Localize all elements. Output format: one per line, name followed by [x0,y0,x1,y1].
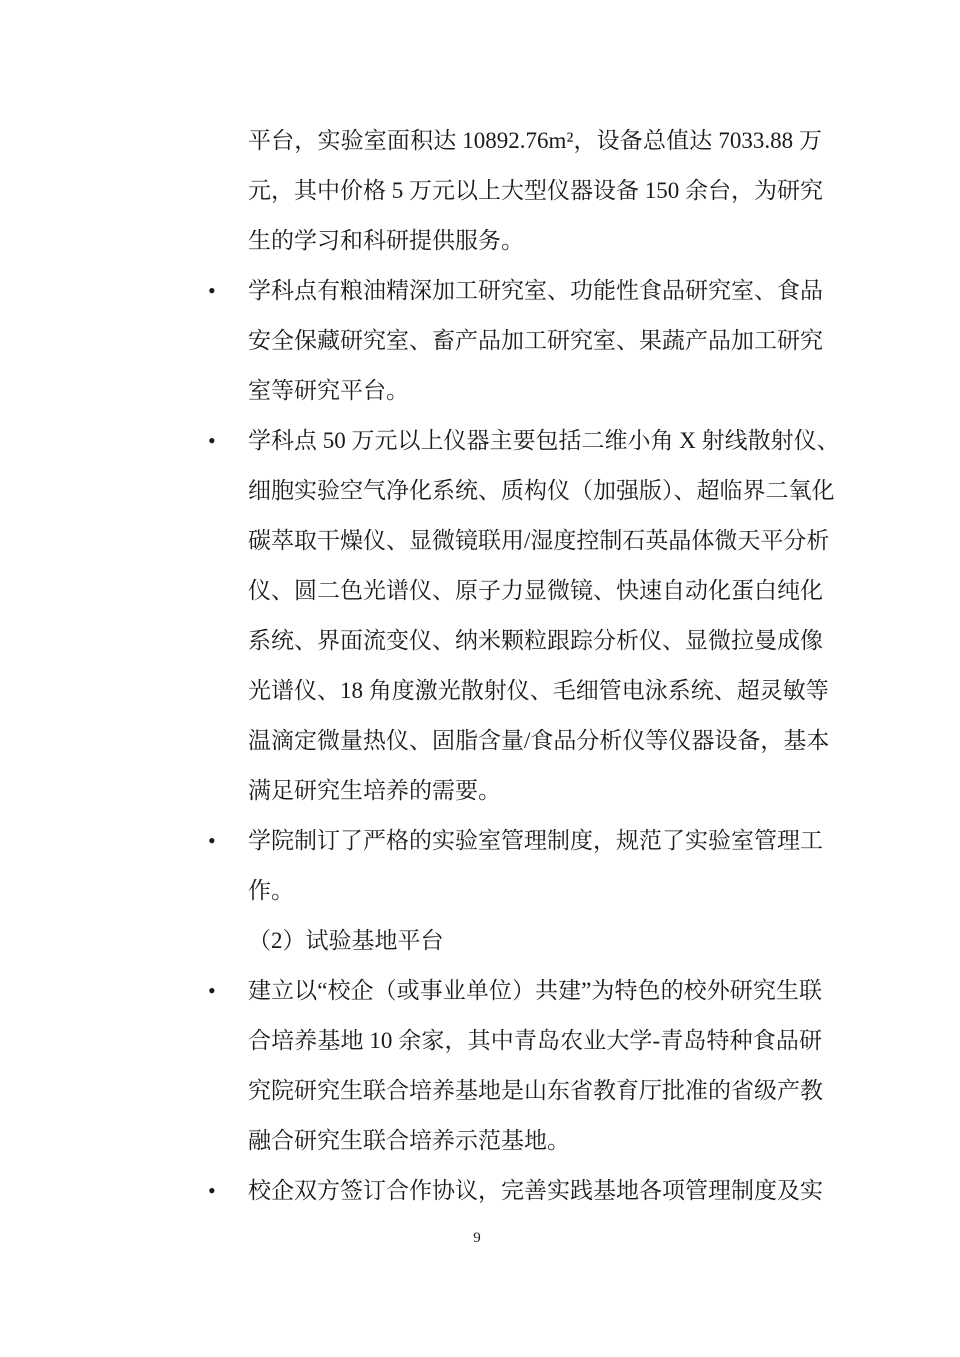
text-line-text: 校企双方签订合作协议，完善实践基地各项管理制度及实 [248,1178,823,1203]
text-line: 满足研究生培养的需要。 [248,766,822,816]
text-line: 室等研究平台。 [248,366,822,416]
text-line: 合培养基地 10 余家，其中青岛农业大学-青岛特种食品研 [248,1016,822,1066]
text-line-text: 仪、圆二色光谱仪、原子力显微镜、快速自动化蛋白纯化 [248,578,823,603]
text-line: 细胞实验空气净化系统、质构仪（加强版）、超临界二氧化 [248,466,822,516]
text-line-text: 学院制订了严格的实验室管理制度，规范了实验室管理工 [248,828,823,853]
text-line: 光谱仪、18 角度激光散射仪、毛细管电泳系统、超灵敏等 [248,666,822,716]
list-item: •建立以“校企（或事业单位）共建”为特色的校外研究生联 [248,966,822,1016]
text-line-text: 细胞实验空气净化系统、质构仪（加强版）、超临界二氧化 [248,478,835,503]
list-item: •学院制订了严格的实验室管理制度，规范了实验室管理工 [248,816,822,866]
text-line-text: 合培养基地 10 余家，其中青岛农业大学-青岛特种食品研 [248,1028,822,1053]
text-line-text: 满足研究生培养的需要。 [248,778,501,803]
bullet-icon: • [208,816,228,866]
bullet-icon: • [208,266,228,316]
text-line-text: 生的学习和科研提供服务。 [248,228,524,253]
section-heading: （2）试验基地平台 [248,916,822,966]
text-line-text: 室等研究平台。 [248,378,409,403]
text-line-text: 碳萃取干燥仪、显微镜联用/湿度控制石英晶体微天平分析 [248,528,829,553]
text-line-text: 学科点 50 万元以上仪器主要包括二维小角 X 射线散射仪、 [248,428,840,453]
text-line: 元，其中价格 5 万元以上大型仪器设备 150 余台，为研究 [248,166,822,216]
text-line: 碳萃取干燥仪、显微镜联用/湿度控制石英晶体微天平分析 [248,516,822,566]
text-line-text: 究院研究生联合培养基地是山东省教育厅批准的省级产教 [248,1078,823,1103]
text-line-text: 学科点有粮油精深加工研究室、功能性食品研究室、食品 [248,278,823,303]
text-line: 究院研究生联合培养基地是山东省教育厅批准的省级产教 [248,1066,822,1116]
document-page: 平台，实验室面积达 10892.76m²，设备总值达 7033.88 万 元，其… [0,0,960,1357]
text-line-text: 元，其中价格 5 万元以上大型仪器设备 150 余台，为研究 [248,178,823,203]
text-line: 平台，实验室面积达 10892.76m²，设备总值达 7033.88 万 [248,116,822,166]
list-item: •学科点 50 万元以上仪器主要包括二维小角 X 射线散射仪、 [248,416,822,466]
text-line: 融合研究生联合培养示范基地。 [248,1116,822,1166]
section-heading-text: （2）试验基地平台 [248,928,444,953]
text-line: 生的学习和科研提供服务。 [248,216,822,266]
text-line: 系统、界面流变仪、纳米颗粒跟踪分析仪、显微拉曼成像 [248,616,822,666]
text-line-text: 作。 [248,878,294,903]
text-line-text: 平台，实验室面积达 10892.76m²，设备总值达 7033.88 万 [248,128,822,153]
text-line-text: 融合研究生联合培养示范基地。 [248,1128,570,1153]
bullet-icon: • [208,966,228,1016]
text-line: 仪、圆二色光谱仪、原子力显微镜、快速自动化蛋白纯化 [248,566,822,616]
text-line-text: 温滴定微量热仪、固脂含量/食品分析仪等仪器设备，基本 [248,728,829,753]
text-line: 安全保藏研究室、畜产品加工研究室、果蔬产品加工研究 [248,316,822,366]
text-line-text: 系统、界面流变仪、纳米颗粒跟踪分析仪、显微拉曼成像 [248,628,823,653]
text-line-text: 光谱仪、18 角度激光散射仪、毛细管电泳系统、超灵敏等 [248,678,829,703]
list-item: •校企双方签订合作协议，完善实践基地各项管理制度及实 [248,1166,822,1216]
text-line-text: 安全保藏研究室、畜产品加工研究室、果蔬产品加工研究 [248,328,823,353]
page-number: 9 [0,1228,954,1248]
text-line: 作。 [248,866,822,916]
bullet-icon: • [208,416,228,466]
list-item: •学科点有粮油精深加工研究室、功能性食品研究室、食品 [248,266,822,316]
page-body-text: 平台，实验室面积达 10892.76m²，设备总值达 7033.88 万 元，其… [248,116,822,1216]
text-line: 温滴定微量热仪、固脂含量/食品分析仪等仪器设备，基本 [248,716,822,766]
text-line-text: 建立以“校企（或事业单位）共建”为特色的校外研究生联 [248,978,822,1003]
bullet-icon: • [208,1166,228,1216]
